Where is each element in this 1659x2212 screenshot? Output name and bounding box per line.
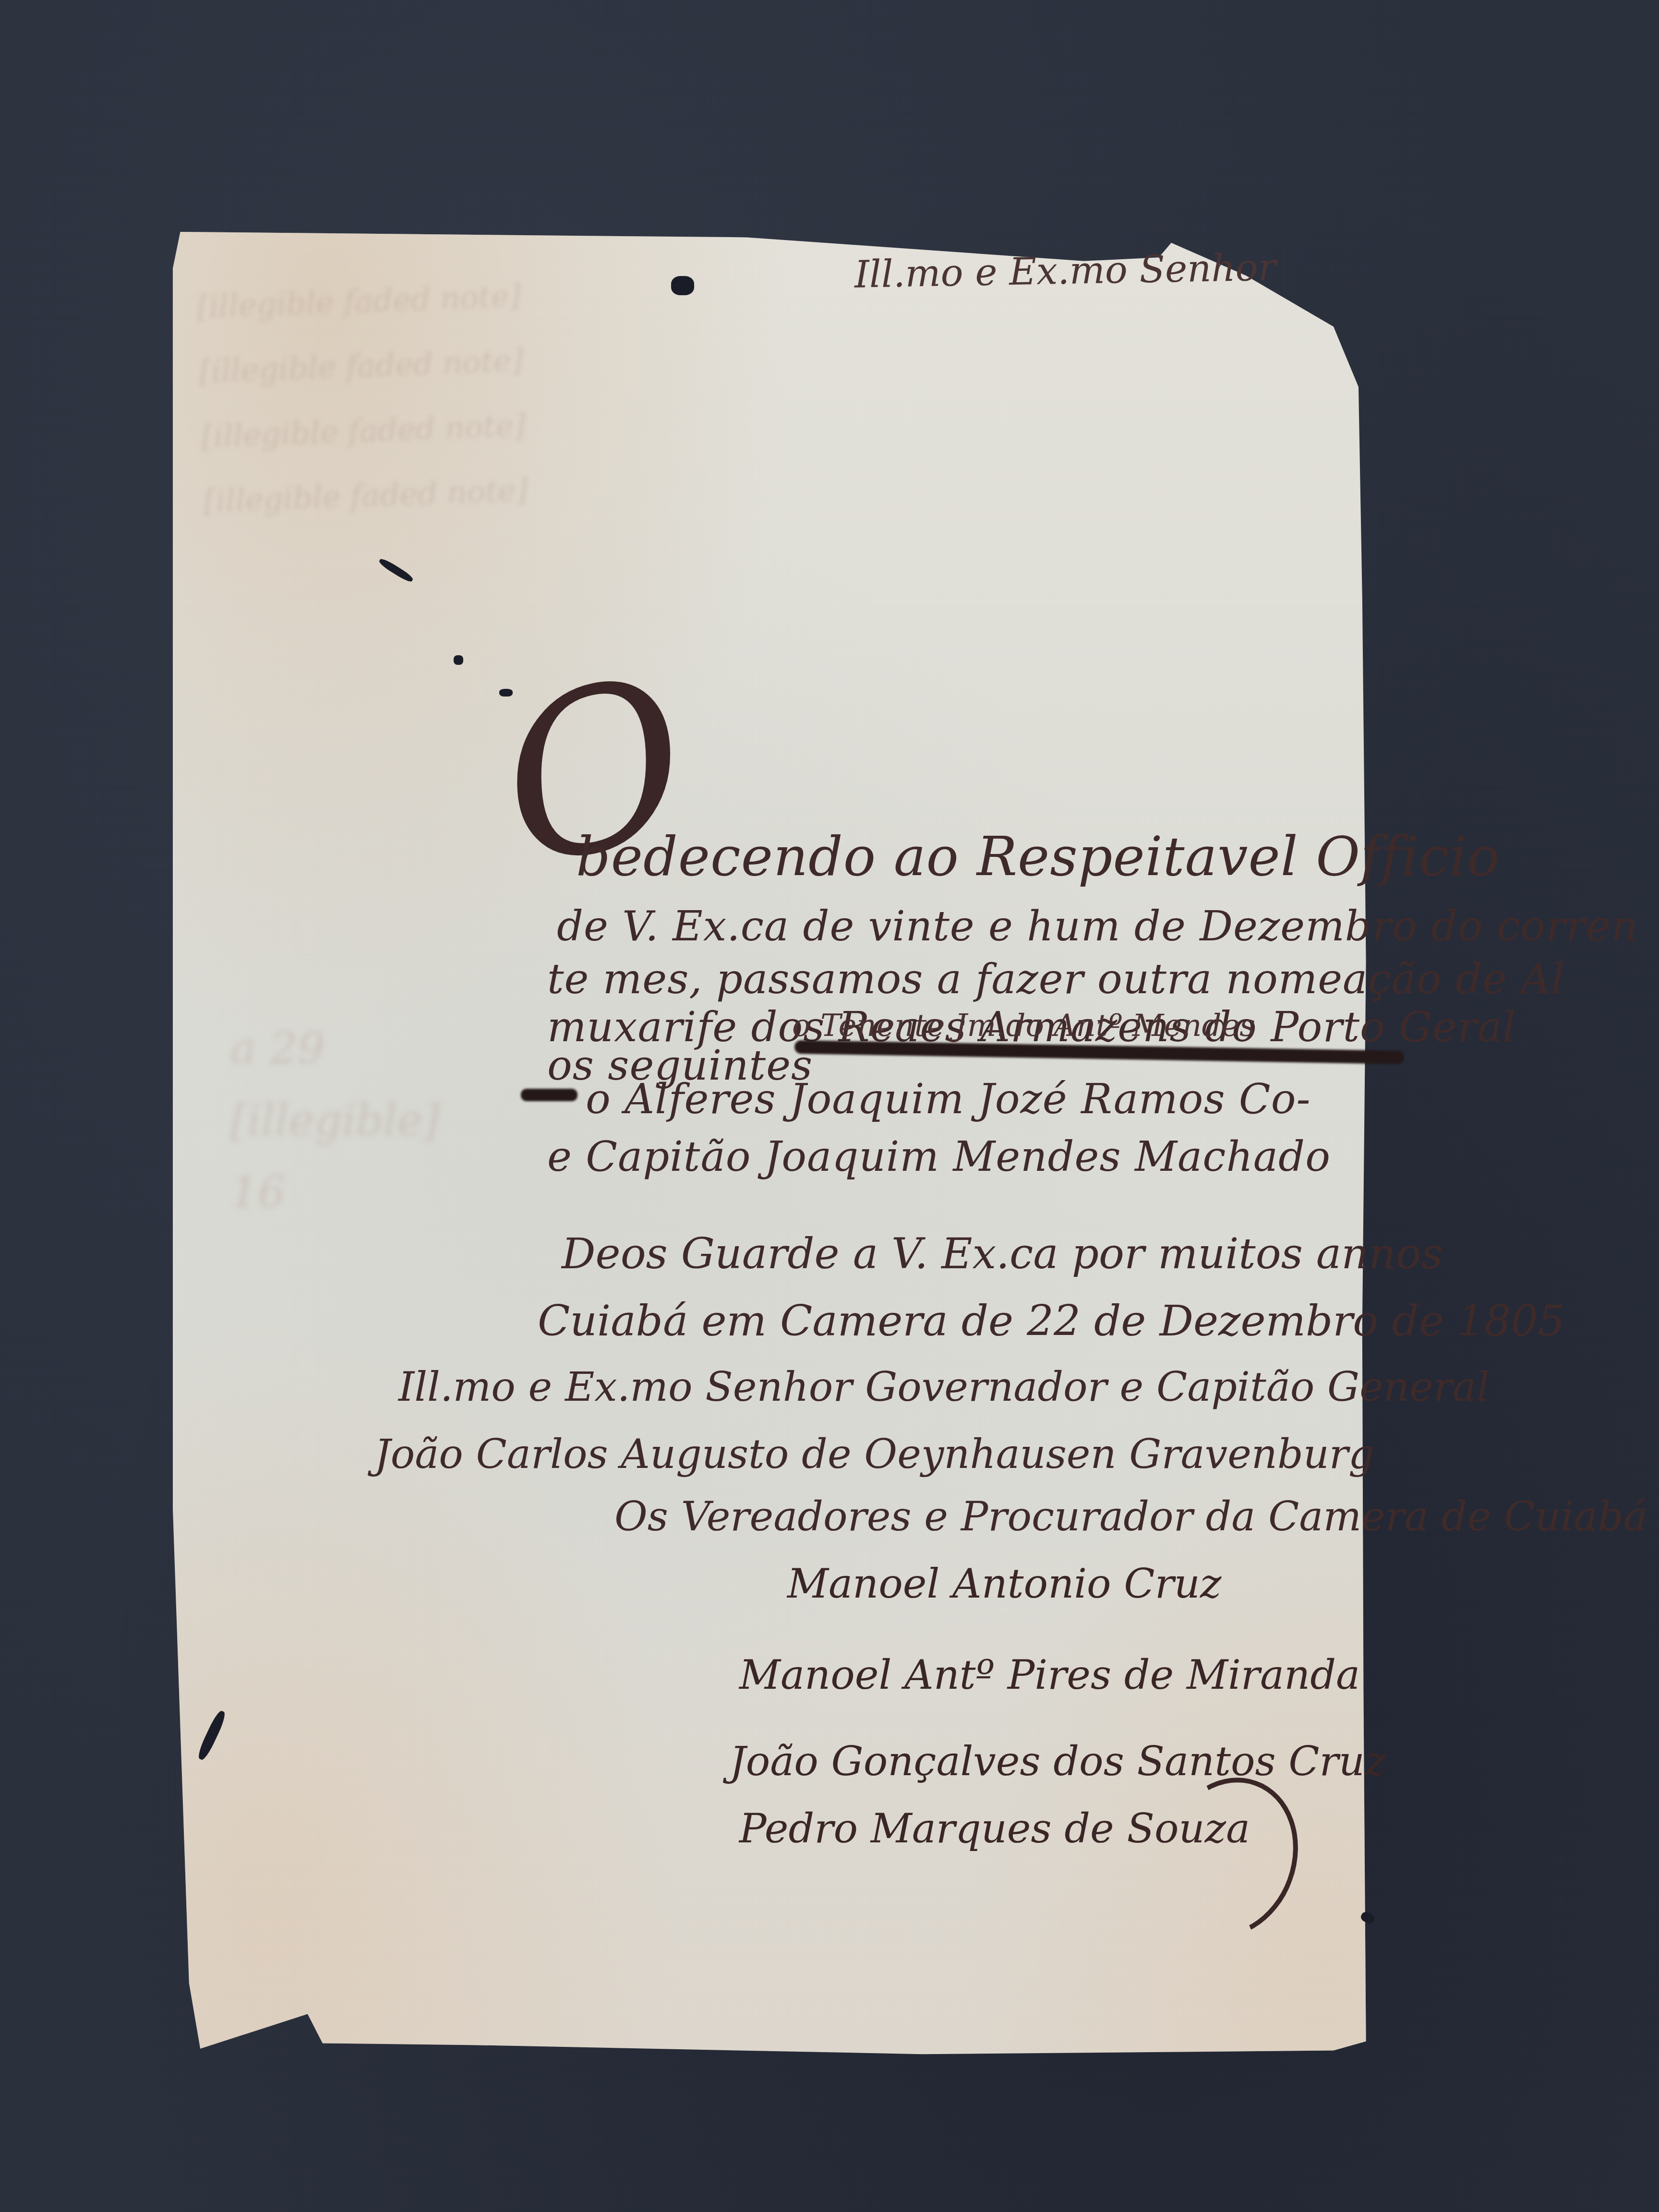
addressee-name: João Carlos Augusto de Oeynhausen Graven… <box>374 1431 1374 1478</box>
signature-3: João Gonçalves dos Santos Cruz <box>730 1738 1386 1785</box>
faded-number: a 29 <box>230 1013 440 1085</box>
ink-dot-mark <box>454 655 463 665</box>
ink-blot-mark <box>671 276 694 295</box>
body-line-2: de V. Ex.ca de vinte e hum de Dezembro d… <box>557 902 1638 950</box>
faded-margin-numbers: a 29 [illegible] 16 <box>230 1013 440 1229</box>
faded-marginal-notes: [illegible faded note] [illegible faded … <box>196 263 572 611</box>
signature-2: Manoel Antº Pires de Miranda <box>739 1651 1360 1698</box>
faded-note-line: [illegible faded note] <box>198 327 565 405</box>
faded-number: [illegible] <box>230 1085 440 1157</box>
place-and-date: Cuiabá em Camera de 22 de Dezembro de 18… <box>538 1296 1565 1346</box>
faded-number: 16 <box>230 1157 440 1229</box>
body-line-1: bedecendo ao Respeitavel Officio <box>576 826 1500 888</box>
strikethrough-deletion <box>521 1089 577 1101</box>
faded-note-line: [illegible faded note] <box>200 392 567 469</box>
salutation: Ill.mo e Ex.mo Senhor <box>854 246 1276 296</box>
interlinear-insertion: o Tenente Jm.do Antº Mendes <box>792 1008 1255 1044</box>
body-line-7: e Capitão Joaquim Mendes Machado <box>547 1133 1331 1181</box>
closing-blessing: Deos Guarde a V. Ex.ca por muitos annos <box>562 1229 1443 1278</box>
body-line-6: o Alferes Joaquim Jozé Ramos Co- <box>586 1075 1311 1123</box>
faded-note-line: [illegible faded note] <box>203 457 569 534</box>
addressee-title: Ill.mo e Ex.mo Senhor Governador e Capit… <box>398 1363 1490 1410</box>
body-line-3: te mes, passamos a fazer outra nomeação … <box>547 955 1565 1003</box>
signatories-heading: Os Vereadores e Procurador da Camera de … <box>614 1493 1647 1540</box>
signature-1: Manoel Antonio Cruz <box>787 1560 1221 1607</box>
faded-note-line: [illegible faded note] <box>196 263 563 340</box>
